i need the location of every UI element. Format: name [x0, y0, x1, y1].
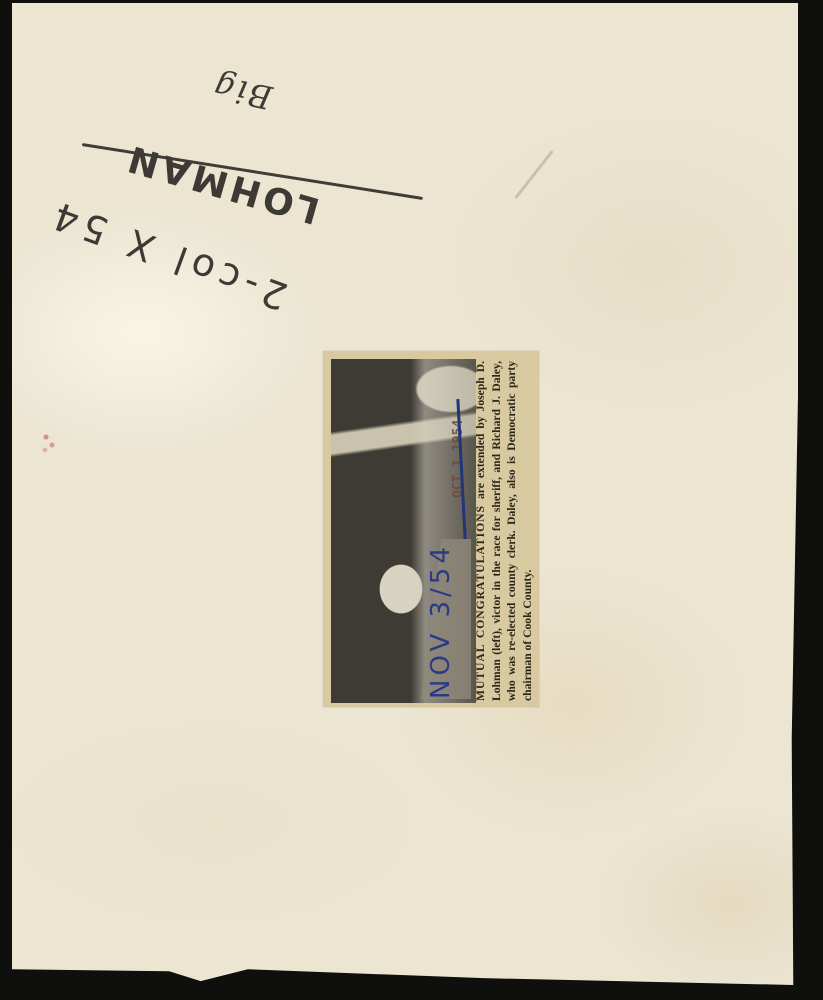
clipping-photo: OCT 1 1954 NOV 3/54: [331, 359, 476, 703]
red-ink-spots: [42, 433, 58, 453]
caption-lead: MUTUAL CONGRATULATIONS: [474, 499, 487, 701]
newspaper-clipping: OCT 1 1954 NOV 3/54 MUTUAL CONGRATULATIO…: [323, 351, 539, 707]
pencil-smudge: [514, 150, 553, 199]
pencil-note-name: LOHMAN: [120, 136, 324, 231]
handwritten-date: NOV 3/54: [426, 509, 466, 699]
pencil-note-big: Big: [209, 67, 276, 117]
clipping-caption: MUTUAL CONGRATULATIONS are extended by J…: [473, 361, 537, 701]
